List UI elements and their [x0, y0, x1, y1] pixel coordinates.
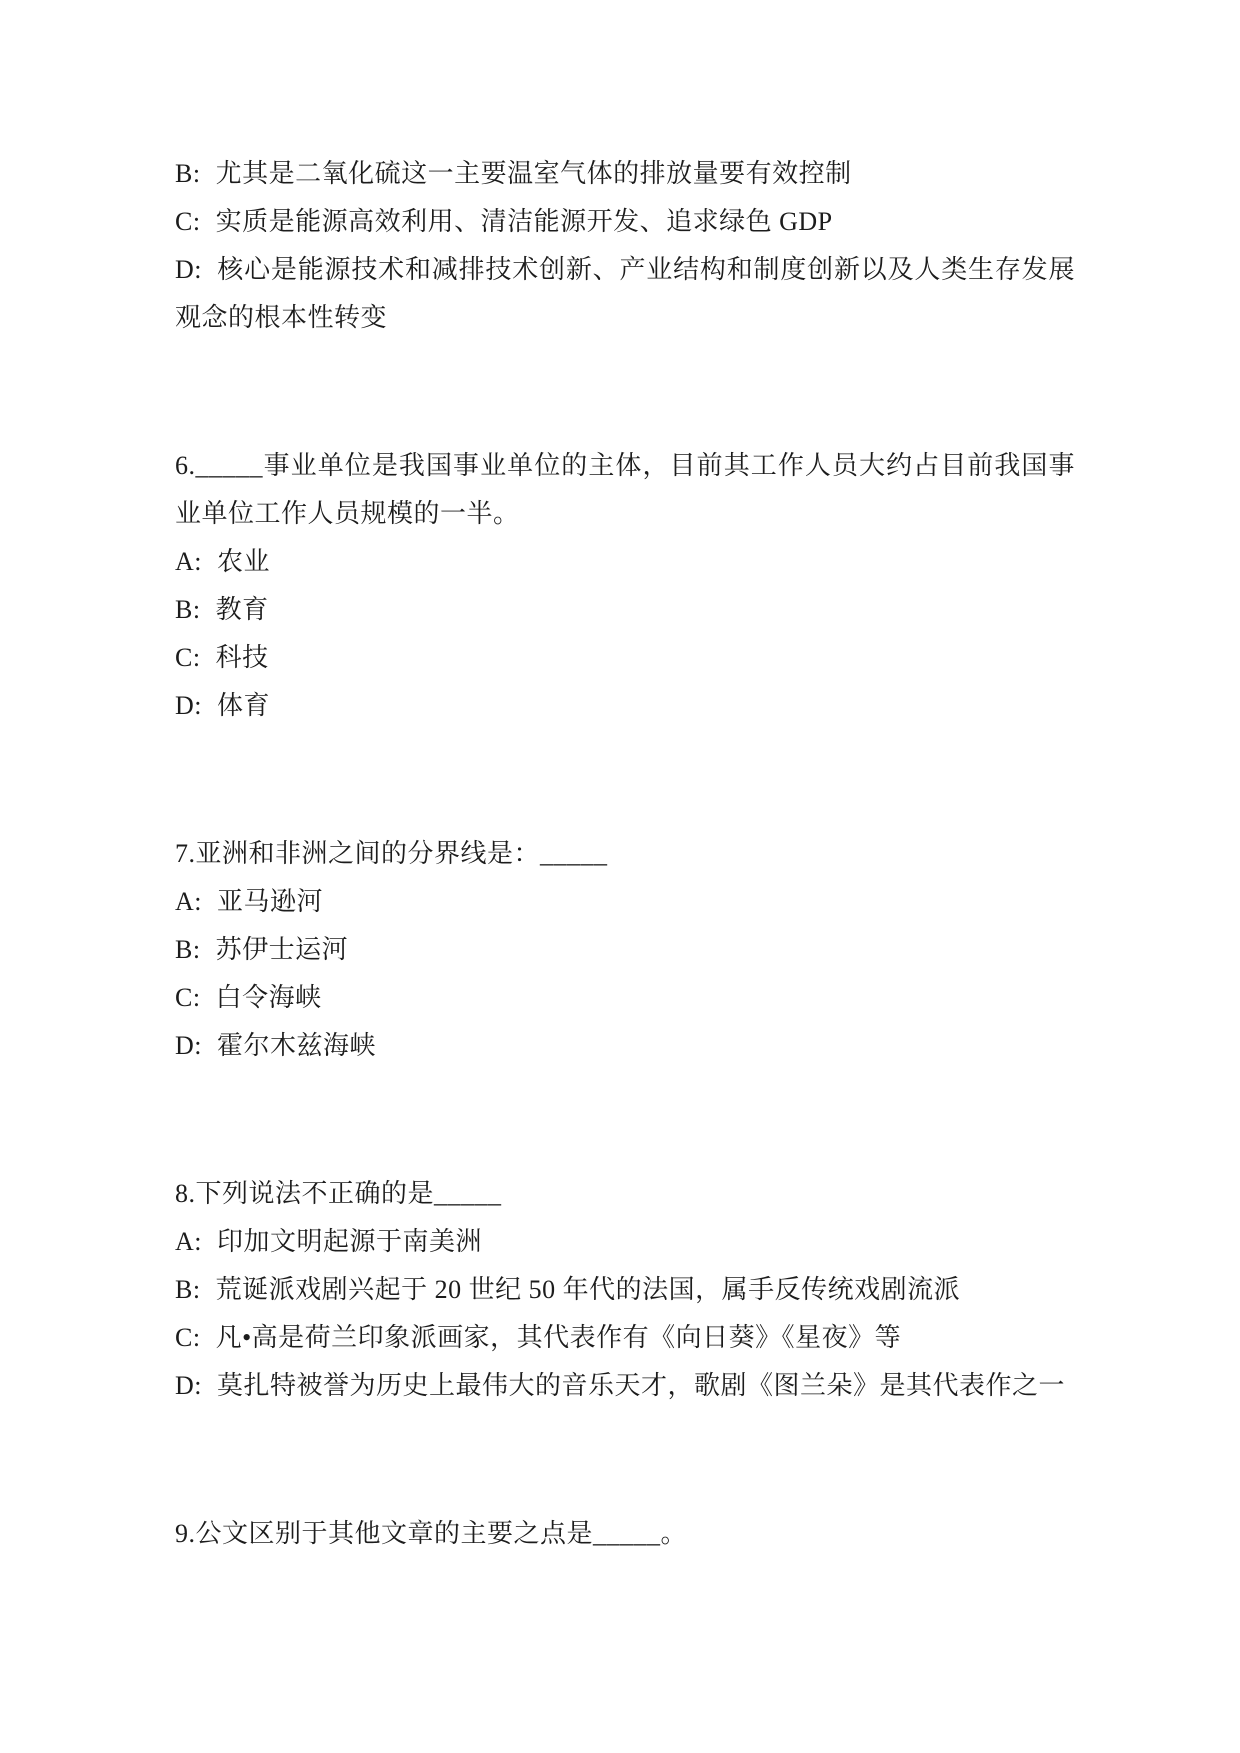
option-text: 教育: [216, 595, 269, 624]
option-text: 尤其是二氧化硫这一主要温室气体的排放量要有效控制: [216, 159, 852, 188]
option-text: 核心是能源技术和减排技术创新、产业结构和制度创新以及人类生存发展观念的根本性转变: [175, 255, 1075, 332]
option-letter: C:: [175, 983, 216, 1012]
option-letter: A:: [175, 547, 217, 576]
question-5-option-d: D:核心是能源技术和减排技术创新、产业结构和制度创新以及人类生存发展观念的根本性…: [175, 246, 1075, 342]
option-text: 农业: [217, 547, 270, 576]
question-9-block: 9.公文区别于其他文章的主要之点是_____。: [175, 1510, 1075, 1558]
question-7-stem: 7.亚洲和非洲之间的分界线是：_____: [175, 830, 1075, 878]
option-letter: D:: [175, 1371, 217, 1400]
option-letter: B:: [175, 1275, 216, 1304]
question-6-option-d: D:体育: [175, 682, 1075, 730]
question-8-option-a: A:印加文明起源于南美洲: [175, 1218, 1075, 1266]
option-text: 体育: [217, 691, 270, 720]
option-letter: C:: [175, 207, 216, 236]
option-letter: A:: [175, 887, 217, 916]
document-page: B:尤其是二氧化硫这一主要温室气体的排放量要有效控制 C:实质是能源高效利用、清…: [0, 0, 1240, 1753]
option-letter: D:: [175, 255, 217, 284]
question-7-block: 7.亚洲和非洲之间的分界线是：_____ A:亚马逊河 B:苏伊士运河 C:白令…: [175, 830, 1075, 1070]
option-text: 莫扎特被誉为历史上最伟大的音乐天才，歌剧《图兰朵》是其代表作之一: [217, 1371, 1065, 1400]
question-7-option-c: C:白令海峡: [175, 974, 1075, 1022]
question-6-option-b: B:教育: [175, 586, 1075, 634]
question-8-block: 8.下列说法不正确的是_____ A:印加文明起源于南美洲 B:荒诞派戏剧兴起于…: [175, 1170, 1075, 1410]
option-text: 凡•高是荷兰印象派画家，其代表作有《向日葵》《星夜》等: [216, 1323, 902, 1352]
question-5-option-b: B:尤其是二氧化硫这一主要温室气体的排放量要有效控制: [175, 150, 1075, 198]
question-8-option-b: B:荒诞派戏剧兴起于 20 世纪 50 年代的法国，属手反传统戏剧流派: [175, 1266, 1075, 1314]
option-text: 荒诞派戏剧兴起于 20 世纪 50 年代的法国，属手反传统戏剧流派: [216, 1275, 961, 1304]
question-6-option-c: C:科技: [175, 634, 1075, 682]
question-5-option-c: C:实质是能源高效利用、清洁能源开发、追求绿色 GDP: [175, 198, 1075, 246]
question-8-option-c: C:凡•高是荷兰印象派画家，其代表作有《向日葵》《星夜》等: [175, 1314, 1075, 1362]
question-7-option-d: D:霍尔木兹海峡: [175, 1022, 1075, 1070]
question-6-option-a: A:农业: [175, 538, 1075, 586]
question-7-option-b: B:苏伊士运河: [175, 926, 1075, 974]
option-text: 实质是能源高效利用、清洁能源开发、追求绿色 GDP: [216, 207, 833, 236]
option-letter: B:: [175, 935, 216, 964]
option-letter: B:: [175, 595, 216, 624]
option-letter: C:: [175, 1323, 216, 1352]
option-letter: D:: [175, 691, 217, 720]
option-letter: D:: [175, 1031, 217, 1060]
question-7-option-a: A:亚马逊河: [175, 878, 1075, 926]
option-letter: A:: [175, 1227, 217, 1256]
option-text: 亚马逊河: [217, 887, 323, 916]
question-6-block: 6._____事业单位是我国事业单位的主体，目前其工作人员大约占目前我国事业单位…: [175, 442, 1075, 730]
question-8-option-d: D:莫扎特被誉为历史上最伟大的音乐天才，歌剧《图兰朵》是其代表作之一: [175, 1362, 1075, 1410]
question-9-stem: 9.公文区别于其他文章的主要之点是_____。: [175, 1510, 1075, 1558]
option-letter: C:: [175, 643, 216, 672]
option-letter: B:: [175, 159, 216, 188]
question-6-stem: 6._____事业单位是我国事业单位的主体，目前其工作人员大约占目前我国事业单位…: [175, 442, 1075, 538]
option-text: 苏伊士运河: [216, 935, 349, 964]
option-text: 科技: [216, 643, 269, 672]
question-8-stem: 8.下列说法不正确的是_____: [175, 1170, 1075, 1218]
option-text: 霍尔木兹海峡: [217, 1031, 376, 1060]
question-5-options-block: B:尤其是二氧化硫这一主要温室气体的排放量要有效控制 C:实质是能源高效利用、清…: [175, 150, 1075, 342]
option-text: 白令海峡: [216, 983, 322, 1012]
option-text: 印加文明起源于南美洲: [217, 1227, 482, 1256]
